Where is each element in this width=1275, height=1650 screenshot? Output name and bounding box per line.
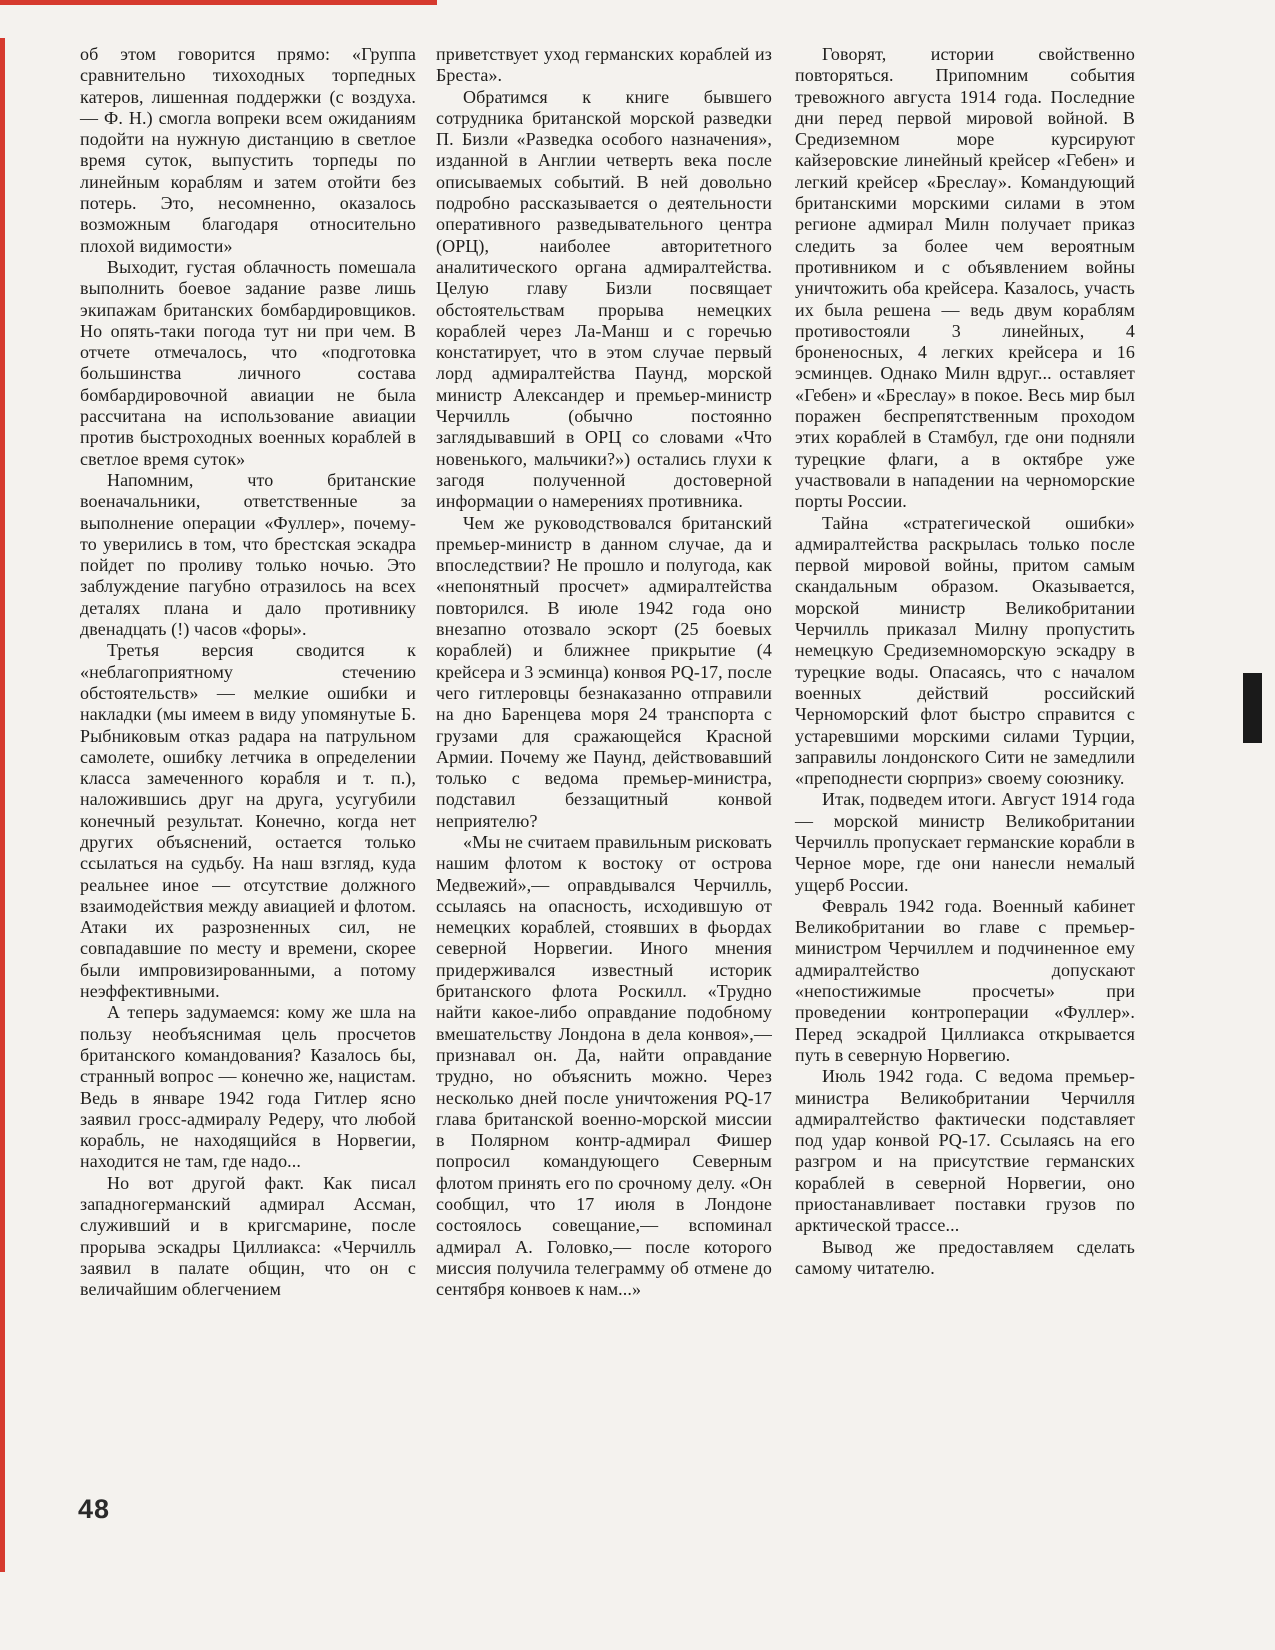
text-column-2: приветствует уход германских кораблей из… <box>436 44 772 1301</box>
paragraph: Напомним, что британские военачальники, … <box>80 470 416 640</box>
magazine-page: об этом говорится прямо: «Группа сравнит… <box>0 0 1275 1650</box>
paragraph: Говорят, истории свойственно повторяться… <box>795 44 1135 513</box>
paragraph: Июль 1942 года. С ведома премьер-министр… <box>795 1066 1135 1236</box>
paragraph: Чем же руководствовался британский премь… <box>436 513 772 832</box>
paragraph: Но вот другой факт. Как писал западногер… <box>80 1173 416 1301</box>
paragraph: Вывод же предоставляем сделать самому чи… <box>795 1237 1135 1280</box>
paragraph: Тайна «стратегической ошибки» адмиралтей… <box>795 513 1135 790</box>
paragraph: Февраль 1942 года. Военный кабинет Велик… <box>795 896 1135 1066</box>
paragraph: А теперь задумаемся: кому же шла на поль… <box>80 1002 416 1172</box>
top-red-rule <box>0 0 437 5</box>
left-red-rule <box>0 38 5 1572</box>
paragraph: Третья версия сводится к «неблагоприятно… <box>80 640 416 1002</box>
page-number: 48 <box>78 1494 110 1525</box>
text-column-1: об этом говорится прямо: «Группа сравнит… <box>80 44 416 1301</box>
paragraph: Выходит, густая облачность помешала выпо… <box>80 257 416 470</box>
paragraph: Итак, подведем итоги. Август 1914 года —… <box>795 789 1135 895</box>
section-marker-tab <box>1243 673 1262 743</box>
paragraph: «Мы не считаем правильным рисковать наши… <box>436 832 772 1301</box>
paragraph: приветствует уход германских кораблей из… <box>436 44 772 87</box>
paragraph: об этом говорится прямо: «Группа сравнит… <box>80 44 416 257</box>
paragraph: Обратимся к книге бывшего сотрудника бри… <box>436 87 772 513</box>
text-column-3: Говорят, истории свойственно повторяться… <box>795 44 1135 1279</box>
